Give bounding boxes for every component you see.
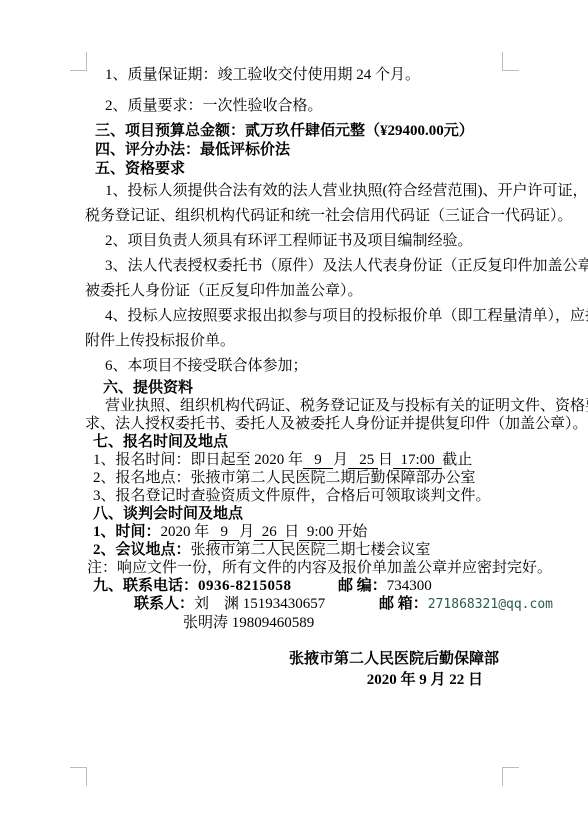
text-line: 四、评分办法：最低评标价法 (85, 141, 505, 160)
text-line: 2、项目负责人须具有环评工程师证书及项目编制经验。 (85, 229, 505, 254)
text-line: 八、谈判会时间及地点 (85, 505, 505, 523)
text-segment: 734300 (387, 578, 432, 594)
text-segment: 9:00 (299, 524, 337, 541)
text-line: 1、报名时间：即日起至 2020 年 9 月 25 日 17:00 截止 (85, 451, 505, 469)
text-segment: 营业执照、组织机构代码证、税务登记证及与投标有关的证明文件、资格要 (105, 398, 588, 414)
text-segment: 2、报名地点：张掖市第二人民医院二期后勤保障部办公室 (93, 470, 476, 486)
text-line: 3、法人代表授权委托书（原件）及法人代表身份证（正反复印件加盖公章）、 (85, 254, 505, 279)
text-line: 七、报名时间及地点 (85, 433, 505, 451)
text-segment: 四、评分办法：最低评标价法 (95, 142, 290, 158)
text-line: 2、报名地点：张掖市第二人民医院二期后勤保障部办公室 (85, 469, 505, 487)
text-segment: 税务登记证、组织机构代码证和统一社会信用代码证（三证合一代码证）。 (85, 208, 573, 224)
text-line: 营业执照、组织机构代码证、税务登记证及与投标有关的证明文件、资格要 (85, 397, 505, 415)
text-segment: 注：响应文件一份，所有文件的内容及报价单加盖公章并应密封完好。 (87, 560, 552, 576)
text-segment: 2、项目负责人须具有环评工程师证书及项目编制经验。 (105, 233, 473, 249)
text-segment: 邮 编： (338, 578, 387, 594)
margin-corner-mark-bottom-left (70, 767, 87, 786)
text-segment: 3、法人代表授权委托书（原件）及法人代表身份证（正反复印件加盖公章）、 (105, 258, 588, 274)
text-line: 2020 年 9 月 22 日 (85, 670, 505, 691)
text-cell: 邮 编：734300 (338, 577, 432, 595)
text-segment: 截止 (442, 452, 472, 468)
text-segment: 开始 (337, 524, 367, 540)
text-cell: 九、联系电话：0936-8215058 (93, 577, 338, 595)
text-line: 被委托人身份证（正反复印件加盖公章）。 (85, 279, 505, 304)
text-line: 1、质量保证期：竣工验收交付使用期 24 个月。 (85, 60, 505, 91)
text-segment: 9 (303, 452, 333, 469)
text-line: 联系人：刘 渊 15193430657邮 箱：271868321@qq.com (85, 595, 505, 614)
text-segment: 25 (348, 452, 378, 469)
text-line: 六、提供资料 (85, 379, 505, 397)
text-segment: 月 (239, 524, 254, 540)
text-line: 3、报名登记时查验资质文件原件，合格后可领取谈判文件。 (85, 487, 505, 505)
email-text: 271868321@qq.com (428, 597, 553, 612)
text-segment: 2020 年 (161, 524, 210, 540)
text-segment: 4、投标人应按照要求报出拟参与项目的投标报价单（即工程量清单），应按 (105, 308, 588, 324)
text-line: 1、时间：2020 年 9 月 26 日 9:00 开始 (85, 523, 505, 541)
text-segment: 9 (209, 524, 239, 541)
text-segment: 3、报名登记时查验资质文件原件，合格后可领取谈判文件。 (93, 488, 491, 504)
text-segment: 求、法人授权委托书、委托人及被委托人身份证并提供复印件（加盖公章）。 (85, 416, 588, 432)
text-segment: 月 (333, 452, 348, 468)
text-cell: 联系人：刘 渊 15193430657 (93, 595, 379, 613)
text-segment: 日 (378, 452, 393, 468)
text-line: 注：响应文件一份，所有文件的内容及报价单加盖公章并应密封完好。 (85, 559, 505, 577)
text-segment: 1、投标人须提供合法有效的法人营业执照(符合经营范围)、开户许可证， (105, 183, 588, 199)
text-segment: 三、项目预算总金额：贰万玖仟肆佰元整（¥29400.00元） (95, 123, 474, 139)
text-segment: 17:00 (393, 452, 442, 469)
document-page: 1、质量保证期：竣工验收交付使用期 24 个月。2、质量要求：一次性验收合格。三… (0, 0, 588, 825)
text-line: 2、质量要求：一次性验收合格。 (85, 91, 505, 122)
margin-corner-mark-bottom-right (502, 767, 519, 786)
text-segment: 刘 渊 15193430657 (194, 596, 325, 612)
text-line: 张明涛 19809460589 (85, 614, 505, 632)
text-line: 附件上传投标报价单。 (85, 329, 505, 354)
text-segment: 1、质量保证期：竣工验收交付使用期 24 个月。 (105, 67, 420, 83)
text-segment: 五、资格要求 (95, 161, 185, 177)
text-segment: 日 (284, 524, 299, 540)
text-segment: 26 (254, 524, 284, 541)
text-segment: 九、联系电话： (93, 578, 198, 594)
text-segment: 2020 年 9 月 22 日 (367, 672, 483, 688)
text-segment: 六、提供资料 (103, 380, 193, 396)
text-segment: 张明涛 19809460589 (183, 615, 314, 631)
text-segment: 0936-8215058 (198, 578, 292, 594)
text-line: 张掖市第二人民医院后勤保障部 (85, 649, 505, 670)
text-line: 4、投标人应按照要求报出拟参与项目的投标报价单（即工程量清单），应按 (85, 304, 505, 329)
text-segment: 2、质量要求：一次性验收合格。 (105, 98, 323, 114)
text-segment: 2、会议地点： (93, 542, 191, 558)
document-text-body: 1、质量保证期：竣工验收交付使用期 24 个月。2、质量要求：一次性验收合格。三… (85, 60, 505, 691)
text-line: 三、项目预算总金额：贰万玖仟肆佰元整（¥29400.00元） (85, 122, 505, 141)
text-segment: 被委托人身份证（正反复印件加盖公章）。 (85, 283, 363, 299)
text-segment: 八、谈判会时间及地点 (93, 506, 243, 522)
text-line: 2、会议地点：张掖市第二人民医院二期七楼会议室 (85, 541, 505, 559)
text-segment: 1、报名时间：即日起至 2020 年 (93, 452, 303, 468)
text-line: 求、法人授权委托书、委托人及被委托人身份证并提供复印件（加盖公章）。 (85, 415, 505, 433)
text-line: 九、联系电话：0936-8215058邮 编：734300 (85, 577, 505, 595)
text-line: 五、资格要求 (85, 160, 505, 179)
text-line: 税务登记证、组织机构代码证和统一社会信用代码证（三证合一代码证）。 (85, 204, 505, 229)
text-segment: 邮 箱： (379, 596, 428, 612)
text-line: 1、投标人须提供合法有效的法人营业执照(符合经营范围)、开户许可证， (85, 179, 505, 204)
text-segment: 张掖市第二人民医院二期七楼会议室 (191, 542, 431, 558)
text-segment: 1、时间： (93, 524, 161, 540)
text-segment: 6、本项目不接受联合体参加； (105, 358, 308, 374)
text-segment: 联系人： (134, 596, 194, 612)
text-segment: 七、报名时间及地点 (93, 434, 228, 450)
text-cell: 邮 箱：271868321@qq.com (379, 595, 553, 614)
text-segment: 附件上传投标报价单。 (85, 333, 235, 349)
text-segment: 张掖市第二人民医院后勤保障部 (289, 651, 499, 667)
text-line: 6、本项目不接受联合体参加； (85, 354, 505, 379)
